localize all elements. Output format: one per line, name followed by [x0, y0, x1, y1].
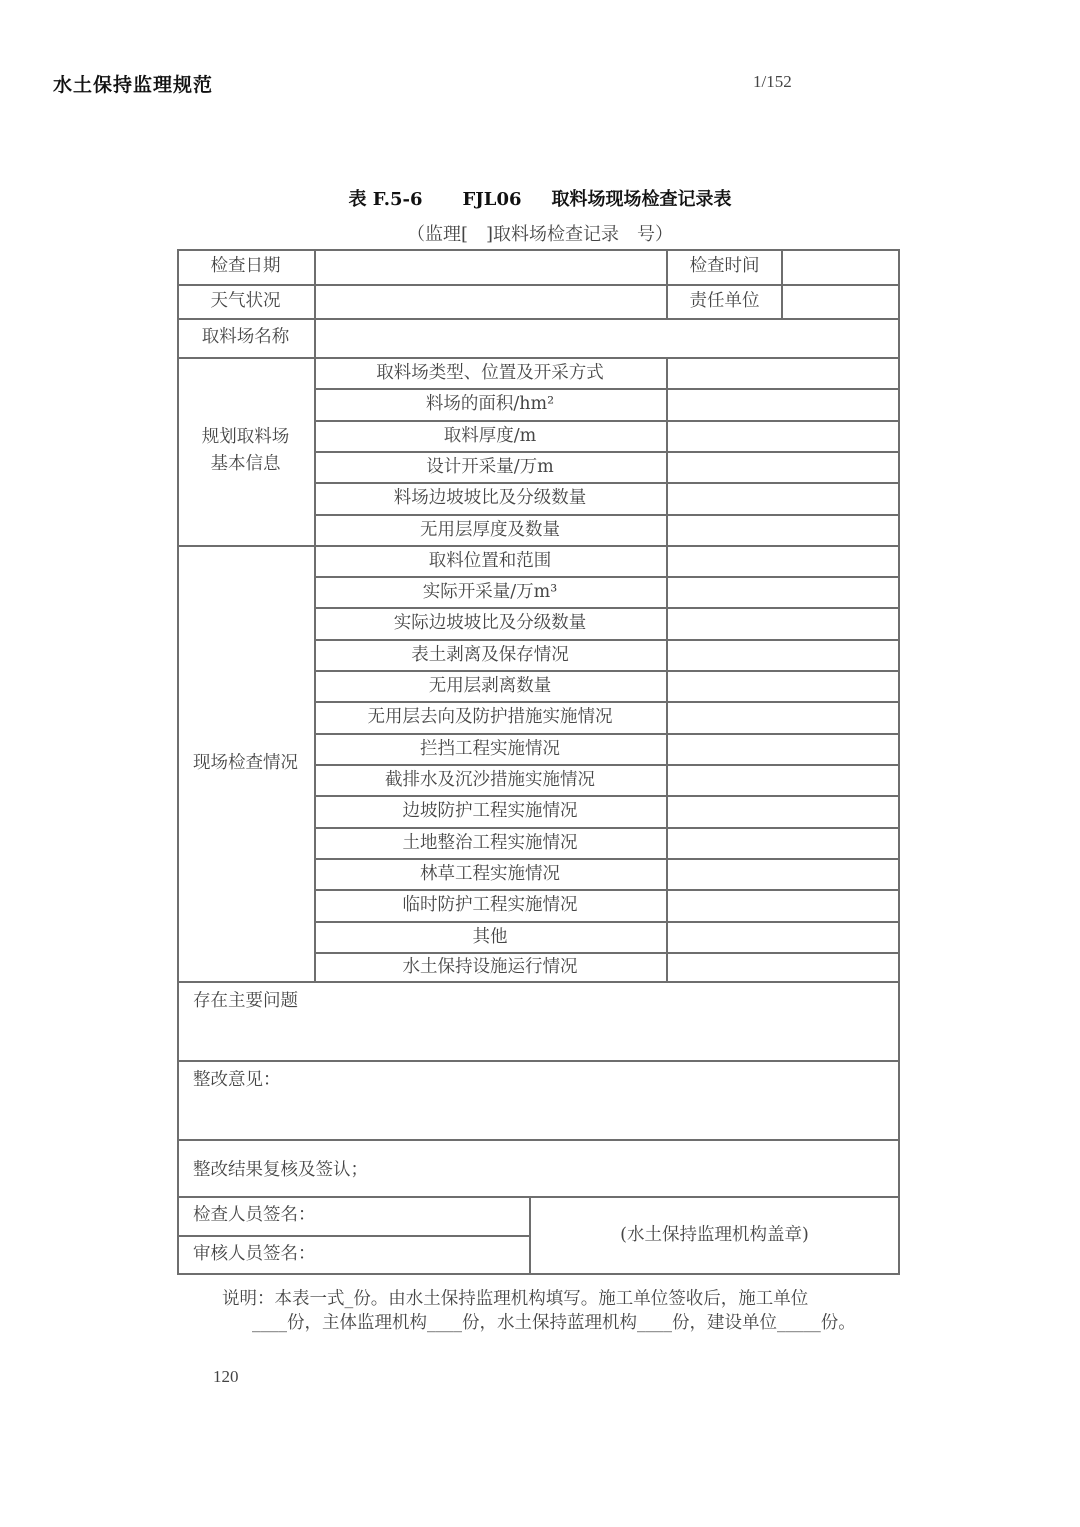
reviewer-signature-label: 审核人员签名： [193, 1241, 316, 1268]
site-item-value-field[interactable] [668, 609, 898, 639]
weather-label: 天气状况 [177, 284, 314, 318]
site-item-label: 拦挡工程实施情况 [314, 733, 666, 765]
site-item-label: 边坡防护工程实施情况 [314, 795, 666, 827]
site-item-value-field[interactable] [668, 578, 898, 607]
site-item-label: 林草工程实施情况 [314, 858, 666, 890]
planned-info-label-line1: 规划取料场 [202, 424, 290, 451]
site-item-value-field[interactable] [668, 547, 898, 576]
site-item-value-field[interactable] [668, 954, 898, 981]
form-code: FJL06 [463, 189, 522, 210]
planned-item-label: 料场边坡坡比及分级数量 [314, 482, 666, 514]
table-subtitle: （监理[ ]取料场检查记录 号） [0, 220, 1080, 246]
main-problems-label: 存在主要问题 [193, 988, 298, 1015]
page-number: 120 [213, 1367, 239, 1387]
inspection-date-label: 检查日期 [177, 249, 314, 284]
planned-item-value-field[interactable] [668, 484, 898, 514]
inspector-signature-field[interactable]: 检查人员签名： [177, 1196, 529, 1235]
site-item-label: 表土剥离及保存情况 [314, 639, 666, 671]
responsible-unit-label: 责任单位 [667, 284, 782, 318]
site-item-label: 无用层去向及防护措施实施情况 [314, 701, 666, 733]
site-item-label: 实际边坡坡比及分级数量 [314, 607, 666, 639]
planned-item-label: 取料场类型、位置及开采方式 [314, 357, 666, 389]
note-line-1: 说明：本表一式_份。由水土保持监理机构填写。施工单位签收后，施工单位 [222, 1285, 808, 1310]
rectification-opinion-label: 整改意见： [193, 1067, 281, 1094]
site-item-value-field[interactable] [668, 641, 898, 670]
site-item-label: 临时防护工程实施情况 [314, 889, 666, 921]
document-header-title: 水土保持监理规范 [53, 70, 213, 97]
planned-item-value-field[interactable] [668, 453, 898, 482]
site-item-label: 其他 [314, 921, 666, 953]
site-item-value-field[interactable] [668, 860, 898, 889]
rectification-opinion-field[interactable]: 整改意见： [177, 1060, 899, 1139]
site-item-value-field[interactable] [668, 923, 898, 952]
borrow-site-name-field[interactable] [316, 320, 898, 357]
planned-item-label: 设计开采量/万m [314, 451, 666, 483]
inspector-signature-label: 检查人员签名： [193, 1202, 316, 1229]
planned-item-value-field[interactable] [668, 516, 898, 545]
page-counter: 1/152 [753, 72, 792, 92]
site-inspection-section-label: 现场检查情况 [177, 545, 314, 981]
rectification-review-label: 整改结果复核及签认； [193, 1157, 368, 1184]
site-item-label: 无用层剥离数量 [314, 670, 666, 702]
inspection-time-field[interactable] [783, 251, 898, 284]
site-item-value-field[interactable] [668, 703, 898, 733]
table-number: 表 F.5-6 [348, 185, 422, 211]
weather-field[interactable] [316, 286, 666, 318]
planned-item-value-field[interactable] [668, 359, 898, 388]
rectification-review-field[interactable]: 整改结果复核及签认； [177, 1139, 899, 1196]
planned-item-value-field[interactable] [668, 390, 898, 420]
supervision-seal-area: (水土保持监理机构盖章) [531, 1196, 898, 1274]
site-item-label: 取料位置和范围 [314, 545, 666, 577]
site-item-label: 水土保持设施运行情况 [314, 952, 666, 982]
site-item-value-field[interactable] [668, 735, 898, 764]
planned-item-label: 料场的面积/hm² [314, 388, 666, 420]
note-line-2: ____份，主体监理机构____份，水土保持蓝理机构____份，建设单位____… [252, 1309, 856, 1334]
site-item-label: 截排水及沉沙措施实施情况 [314, 764, 666, 796]
site-item-label: 实际开采量/万m³ [314, 576, 666, 608]
planned-info-label-line2: 基本信息 [211, 451, 281, 478]
borrow-site-name-label: 取料场名称 [177, 318, 314, 357]
responsible-unit-field[interactable] [783, 286, 898, 318]
inspection-date-field[interactable] [316, 251, 666, 284]
site-item-value-field[interactable] [668, 672, 898, 701]
planned-item-label: 无用层厚度及数量 [314, 514, 666, 546]
site-item-value-field[interactable] [668, 829, 898, 858]
planned-info-section-label: 规划取料场 基本信息 [177, 357, 314, 545]
form-name: 取料场现场检查记录表 [552, 185, 732, 211]
table-title: 表 F.5-6FJL06取料场现场检查记录表 [0, 185, 1080, 211]
inspection-time-label: 检查时间 [667, 249, 782, 284]
site-item-label: 土地整治工程实施情况 [314, 827, 666, 859]
site-item-value-field[interactable] [668, 766, 898, 795]
main-problems-field[interactable]: 存在主要问题 [177, 981, 899, 1060]
reviewer-signature-field[interactable]: 审核人员签名： [177, 1235, 529, 1274]
planned-item-label: 取料厚度/m [314, 420, 666, 452]
seal-label: (水土保持监理机构盖章) [620, 1222, 809, 1249]
site-item-value-field[interactable] [668, 797, 898, 827]
site-item-value-field[interactable] [668, 891, 898, 921]
planned-item-value-field[interactable] [668, 422, 898, 451]
